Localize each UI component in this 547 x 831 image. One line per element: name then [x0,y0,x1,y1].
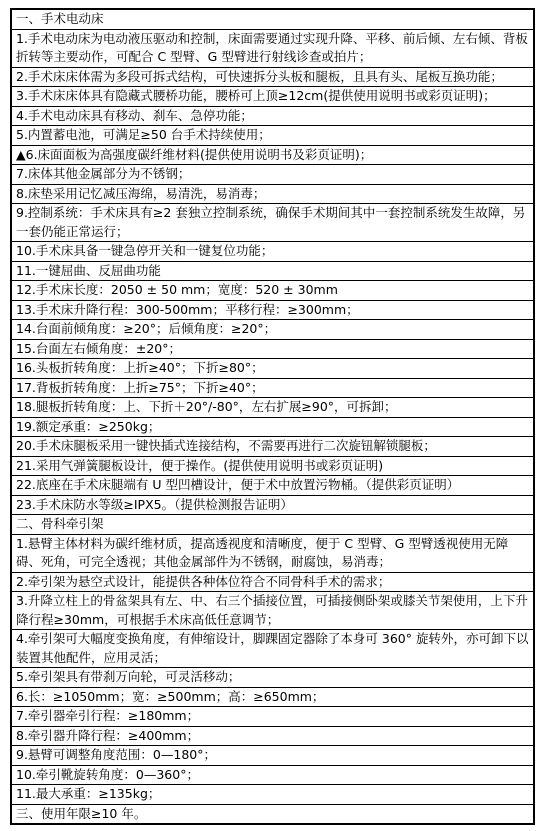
table-row: 8.牵引器升降行程：≥400mm； [12,727,533,747]
table-row: 5.牵引架具有带刹万向轮，可灵活移动； [12,668,533,688]
table-row: 12.手术床长度：2050 ± 50 mm；宽度：520 ± 30mm [12,281,533,301]
table-row: 5.内置蓄电池，可满足≥50 台手术持续使用； [12,126,533,146]
table-row: 21.采用气弹簧腿板设计，便于操作。(提供使用说明书或彩页证明) [12,457,533,477]
table-row: ▲6.床面面板为高强度碳纤维材料(提供使用说明书及彩页证明)； [12,146,533,166]
section-header-row: 二、骨科牵引架 [12,515,533,535]
table-row: 1.悬臂主体材料为碳纤维材质，提高透视度和清晰度，便于 C 型臂、G 型臂透视使… [12,535,533,573]
section-header-row: 一、手术电动床 [12,10,533,30]
table-row: 23.手术床防水等级≥IPX5。（提供检测报告证明） [12,496,533,516]
table-row: 10.牵引靴旋转角度：0—360°； [12,766,533,786]
table-row: 14.台面前倾角度：≥20°；后倾角度：≥20°； [12,320,533,340]
section-header-row: 三、使用年限≥10 年。 [12,805,533,824]
table-row: 18.腿板折转角度：上、下折＋20°/-80°，左右扩展≥90°，可拆卸； [12,398,533,418]
table-row: 7.牵引器牵引行程：≥180mm； [12,707,533,727]
table-row: 1.手术电动床为电动液压驱动和控制，床面需要通过实现升降、平移、前后倾、左右倾、… [12,30,533,68]
table-row: 9.悬臂可调整角度范围：0—180°； [12,746,533,766]
table-row: 8.床垫采用记忆减压海绵，易清洗，易消毒； [12,185,533,205]
table-row: 4.手术电动床具有移动、刹车、急停功能； [12,107,533,127]
table-row: 7.床体其他金属部分为不锈钢； [12,165,533,185]
table-row: 20.手术床腿板采用一键快插式连接结构，不需要再进行二次旋钮解锁腿板； [12,437,533,457]
table-row: 3.升降立柱上的骨盆架具有左、中、右三个插接位置，可插接侧卧架或膝关节架使用，上… [12,592,533,630]
table-row: 22.底座在手术床腿端有 U 型凹槽设计，便于术中放置污物桶。（提供彩页证明） [12,476,533,496]
table-row: 2.手术床床体需为多段可拆式结构，可快速拆分头板和腿板，且具有头、尾板互换功能； [12,68,533,88]
table-row: 4.牵引架可大幅度变换角度，有伸缩设计，脚踝固定器除了本身可 360° 旋转外，… [12,630,533,668]
table-row: 11.一键屈曲、反屈曲功能 [12,262,533,282]
spec-table: 一、手术电动床1.手术电动床为电动液压驱动和控制，床面需要通过实现升降、平移、前… [10,8,535,825]
table-row: 3.手术床床体具有隐藏式腰桥功能，腰桥可上顶≥12cm(提供使用说明书或彩页证明… [12,87,533,107]
table-row: 13.手术床升降行程：300-500mm；平移行程：≥300mm； [12,301,533,321]
table-row: 10.手术床具备一键急停开关和一键复位功能； [12,242,533,262]
table-row: 11.最大承重：≥135kg； [12,785,533,805]
table-row: 19.额定承重：≥250kg； [12,418,533,438]
table-row: 6.长：≥1050mm；宽：≥500mm；高：≥650mm； [12,688,533,708]
table-row: 15.台面左右倾角度：±20°； [12,340,533,360]
table-row: 17.背板折转角度：上折≥75°；下折≥40°； [12,379,533,399]
table-row: 2.牵引架为悬空式设计，能提供各种体位符合不同骨科手术的需求； [12,573,533,593]
table-row: 9.控制系统：手术床具有≥2 套独立控制系统，确保手术期间其中一套控制系统发生故… [12,204,533,242]
table-row: 16.头板折转角度：上折≥40°；下折≥80°； [12,359,533,379]
